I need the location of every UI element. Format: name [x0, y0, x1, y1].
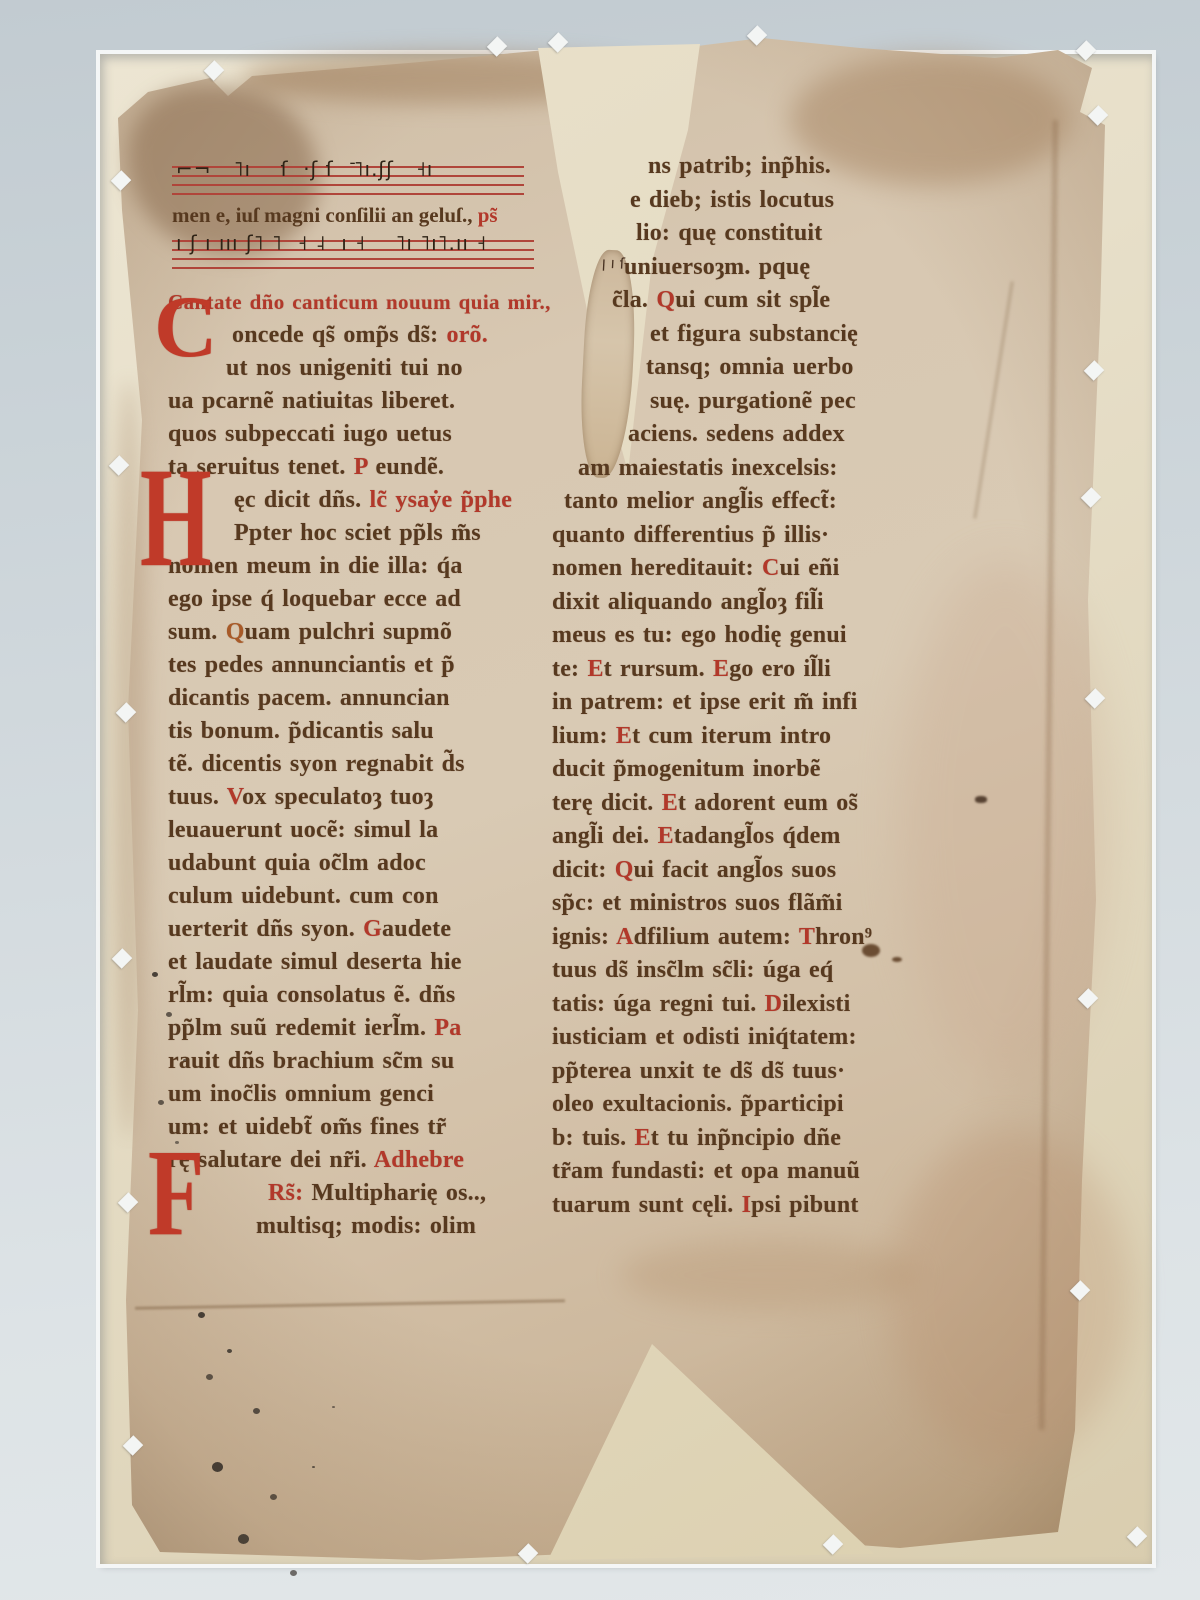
framed-manuscript-photo: ꞁ ı ſ ⌐¬ ˥ı ſ ·ʃ ſ ˥˥ı.ʃʃ ˧ı men e, iuſ …	[0, 0, 1200, 1600]
rubricated-text: E	[635, 1125, 651, 1151]
text-line: ns patrib; inp̃his.	[552, 150, 944, 184]
manuscript-text: uniuersoȝm. pquę	[624, 254, 810, 280]
text-line: ta seruitus tenet. P eundẽ.	[168, 451, 563, 484]
manuscript-text: pp̃terea unxit te ds̃ ds̃ tuus·	[552, 1058, 845, 1084]
text-line: lium: Et cum iterum intro	[552, 720, 944, 754]
manuscript-text: ox speculatoȝ tuoȝ	[242, 784, 433, 810]
text-line: Cantate dño canticum nouum quia mir.,	[168, 286, 563, 319]
text-line: sum. Quam pulchri supmõ	[168, 616, 563, 649]
manuscript-text: quanto differentius p̃ illis·	[552, 522, 829, 548]
rubricated-text: Pa	[434, 1015, 461, 1041]
manuscript-text: Q	[226, 619, 245, 645]
text-line: dicit: Qui facit angl̃os suos	[552, 854, 944, 888]
manuscript-text: in patrem: et ipse erit m̃ infi	[552, 689, 858, 715]
manuscript-text: et figura substancię	[650, 321, 858, 347]
left-text-column: Cantate dño canticum nouum quia mir.,onc…	[168, 286, 563, 1243]
manuscript-text: tatis: úga regni tui.	[552, 991, 765, 1017]
text-line: pp̃lm suũ redemit ierl̃m. Pa	[168, 1012, 563, 1045]
text-line: Rs̃: Multipharię os..,	[168, 1177, 563, 1210]
text-line: um inoc̃lis omnium genci	[168, 1078, 563, 1111]
text-line: ęc dicit dñs. lc̃ ysaẏe p̃phe	[168, 484, 563, 517]
text-line: am maiestatis inexcelsis:	[552, 452, 944, 486]
manuscript-text: psi pibunt	[751, 1192, 858, 1218]
manuscript-text: angl̃i dei.	[552, 823, 658, 849]
rubricated-text: Q	[615, 857, 634, 883]
text-line: tanto melior angl̃is effect̃:	[552, 485, 944, 519]
text-line: b: tuis. Et tu inp̃ncipio dñe	[552, 1122, 944, 1156]
text-line: rl̃m: quia consolatus ẽ. dñs	[168, 979, 563, 1012]
manuscript-text: tansq; omnia uerbo	[646, 354, 854, 380]
manuscript-text: audete	[382, 916, 451, 942]
manuscript-text: aciens. sedens addex	[628, 421, 845, 447]
rubricated-text: D	[765, 991, 783, 1017]
text-line: dixit aliquando angl̃oȝ fil̃i	[552, 586, 944, 620]
manuscript-text: ignis:	[552, 924, 616, 950]
rubricated-text: E	[658, 823, 674, 849]
manuscript-text: culum uidebunt. cum con	[168, 883, 439, 909]
manuscript-text: sp̃c: et ministros suos flãm̃i	[552, 890, 843, 916]
text-line: c̃la. Qui cum sit spl̃e	[552, 284, 944, 318]
text-line: rę salutare dei nr̃i. Adhebre	[168, 1144, 563, 1177]
text-line: tansq; omnia uerbo	[552, 351, 944, 385]
text-line: ducit p̃mogenitum inorbẽ	[552, 753, 944, 787]
text-line: in patrem: et ipse erit m̃ infi	[552, 686, 944, 720]
text-line: ut nos unigeniti tui no	[168, 352, 563, 385]
text-line: tr̃am fundasti: et opa manuũ	[552, 1155, 944, 1189]
manuscript-text: nomen meum in die illa: q́a	[168, 553, 463, 579]
rubricated-text: E	[662, 790, 678, 816]
manuscript-text: c̃la.	[612, 287, 656, 313]
manuscript-text: e dieb; istis locutus	[630, 187, 834, 213]
manuscript-text: rl̃m: quia consolatus ẽ. dñs	[168, 982, 455, 1008]
text-line: ego ipse q́ loquebar ecce ad	[168, 583, 563, 616]
manuscript-text: ilexisti	[782, 991, 850, 1017]
manuscript-text: ui cum sit spl̃e	[675, 287, 830, 313]
manuscript-text: t rursum.	[604, 656, 713, 682]
manuscript-text: iusticiam et odisti iniq́tatem:	[552, 1024, 857, 1050]
text-line: pp̃terea unxit te ds̃ ds̃ tuus·	[552, 1055, 944, 1089]
manuscript-text: lio: quę constituit	[636, 220, 822, 246]
manuscript-text: um inoc̃lis omnium genci	[168, 1081, 434, 1107]
text-line: uerterit dñs syon. Gaudete	[168, 913, 563, 946]
text-line: tuus ds̃ insc̃lm sc̃li: úga eq́	[552, 954, 944, 988]
rubricated-text: E	[713, 656, 729, 682]
manuscript-text: dfilium autem:	[634, 924, 799, 950]
text-line: Ppter hoc sciet pp̃ls m̃s	[168, 517, 563, 550]
manuscript-text: dicit:	[552, 857, 615, 883]
text-line: oleo exultacionis. p̃participi	[552, 1088, 944, 1122]
rubricated-text: lc̃ ysaẏe p̃phe	[369, 487, 512, 513]
manuscript-text: hron⁹	[815, 924, 872, 950]
text-line: udabunt quia oc̃lm adoc	[168, 847, 563, 880]
manuscript-text: suę. purgationẽ pec	[650, 388, 856, 414]
manuscript-text: ui facit angl̃os suos	[634, 857, 837, 883]
manuscript-text: oleo exultacionis. p̃participi	[552, 1091, 844, 1117]
mold-speckles	[152, 972, 158, 977]
manuscript-text: t adorent eum os̃	[678, 790, 858, 816]
manuscript-text: tr̃am fundasti: et opa manuũ	[552, 1158, 860, 1184]
manuscript-text: tẽ. dicentis syon regnabit d̃s	[168, 751, 465, 777]
manuscript-text: am maiestatis inexcelsis:	[578, 455, 838, 481]
manuscript-text: ui eñi	[780, 555, 840, 581]
text-line: rauit dñs brachium sc̃m su	[168, 1045, 563, 1078]
rubricated-text: E	[616, 723, 632, 749]
manuscript-text: tuus ds̃ insc̃lm sc̃li: úga eq́	[552, 957, 833, 983]
manuscript-text: b: tuis.	[552, 1125, 635, 1151]
manuscript-text: ut nos unigeniti tui no	[226, 355, 463, 381]
text-line: tuus. Vox speculatoȝ tuoȝ	[168, 781, 563, 814]
text-line: tatis: úga regni tui. Dilexisti	[552, 988, 944, 1022]
rubricated-text: P	[354, 454, 368, 480]
text-line: um: et uidebt̃ om̃s fines tr̃	[168, 1111, 563, 1144]
manuscript-text: um: et uidebt̃ om̃s fines tr̃	[168, 1114, 447, 1140]
manuscript-text: eundẽ.	[367, 454, 444, 480]
manuscript-text: nomen hereditauit:	[552, 555, 762, 581]
text-line: tis bonum. p̃dicantis salu	[168, 715, 563, 748]
text-line: e dieb; istis locutus	[552, 184, 944, 218]
manuscript-text: et laudate simul deserta hie	[168, 949, 462, 975]
chant-lyric: men e, iuſ magni conſilii an geluſ.,	[172, 203, 478, 227]
manuscript-text: oncede qs̃ omp̃s ds̃:	[232, 322, 447, 348]
text-line: terę dicit. Et adorent eum os̃	[552, 787, 944, 821]
manuscript-text: tuus.	[168, 784, 227, 810]
text-line: tẽ. dicentis syon regnabit d̃s	[168, 748, 563, 781]
manuscript-text: rauit dñs brachium sc̃m su	[168, 1048, 454, 1074]
text-line: dicantis pacem. annuncian	[168, 682, 563, 715]
right-text-column: ns patrib; inp̃his.e dieb; istis locutus…	[552, 150, 944, 1222]
rubricated-text: T	[799, 924, 815, 950]
text-line: angl̃i dei. Etadangl̃os q́dem	[552, 820, 944, 854]
text-line: culum uidebunt. cum con	[168, 880, 563, 913]
text-line: et figura substancię	[552, 318, 944, 352]
manuscript-text: tadangl̃os q́dem	[674, 823, 841, 849]
manuscript-text: udabunt quia oc̃lm adoc	[168, 850, 426, 876]
manuscript-text: Ppter hoc sciet pp̃ls m̃s	[234, 520, 481, 546]
manuscript-text: pp̃lm suũ redemit ierl̃m.	[168, 1015, 434, 1041]
neume-notation: ⌐¬ ˥ı ſ ·ʃ ſ ˥˥ı.ʃʃ ˧ı	[176, 157, 528, 181]
manuscript-text: tuarum sunt cęli.	[552, 1192, 742, 1218]
chant-lyric-line: men e, iuſ magni conſilii an geluſ., ps̃	[172, 203, 552, 228]
manuscript-text: ns patrib; inp̃his.	[648, 153, 831, 179]
text-line: te: Et rursum. Ego ero il̃li	[552, 653, 944, 687]
manuscript-text: t tu inp̃ncipio dñe	[651, 1125, 841, 1151]
rubricated-text: G	[363, 916, 382, 942]
manuscript-text: tanto melior angl̃is effect̃:	[564, 488, 837, 514]
illuminated-initial-C: C	[154, 288, 218, 368]
rubricated-text: orõ.	[447, 322, 488, 348]
text-line: aciens. sedens addex	[552, 418, 944, 452]
manuscript-text: meus es tu: ego hodię genui	[552, 622, 847, 648]
rubricated-text: V	[227, 784, 242, 810]
text-line: iusticiam et odisti iniq́tatem:	[552, 1021, 944, 1055]
manuscript-text: uam pulchri supmõ	[245, 619, 452, 645]
illuminated-initial-H: H	[140, 452, 212, 582]
text-line: lio: quę constituit	[552, 217, 944, 251]
mold-speckles	[198, 1312, 205, 1318]
neume-notation: ı ʃ ı ııı ʃ˥ ˥ ˧ ˨ ı ˧ ˥ı ˥ı˥.ıı ˧	[176, 231, 538, 255]
manuscript-text: t cum iterum intro	[632, 723, 831, 749]
text-line: ua pcarnẽ natiuitas liberet.	[168, 385, 563, 418]
manuscript-text: ua pcarnẽ natiuitas liberet.	[168, 388, 455, 414]
ps-abbreviation: ps̃	[478, 203, 498, 227]
rubricated-text: Cantate dño canticum nouum quia mir.,	[168, 290, 551, 314]
rubricated-text: A	[616, 924, 634, 950]
text-line: multisq; modis: olim	[168, 1210, 563, 1243]
rubricated-text: Rs̃:	[268, 1180, 311, 1206]
text-line: sp̃c: et ministros suos flãm̃i	[552, 887, 944, 921]
manuscript-text: ducit p̃mogenitum inorbẽ	[552, 756, 821, 782]
illuminated-initial-F: F	[148, 1136, 204, 1249]
manuscript-text: Multipharię os..,	[311, 1180, 486, 1206]
text-line: quanto differentius p̃ illis·	[552, 519, 944, 553]
text-line: suę. purgationẽ pec	[552, 385, 944, 419]
rubricated-text: C	[762, 555, 780, 581]
rubricated-text: I	[742, 1192, 752, 1218]
manuscript-text: go ero il̃li	[729, 656, 831, 682]
music-staff: ⌐¬ ˥ı ſ ·ʃ ſ ˥˥ı.ʃʃ ˧ı	[172, 166, 524, 196]
manuscript-text: dixit aliquando angl̃oȝ fil̃i	[552, 589, 824, 615]
manuscript-text: sum.	[168, 619, 226, 645]
text-line: nomen meum in die illa: q́a	[168, 550, 563, 583]
text-line: ignis: Adfilium autem: Thron⁹	[552, 921, 944, 955]
text-line: tes pedes annunciantis et p̃	[168, 649, 563, 682]
music-staff: ı ʃ ı ııı ʃ˥ ˥ ˧ ˨ ı ˧ ˥ı ˥ı˥.ıı ˧	[172, 240, 534, 270]
manuscript-text: dicantis pacem. annuncian	[168, 685, 450, 711]
rubricated-text: Q	[656, 287, 675, 313]
manuscript-text: te:	[552, 656, 587, 682]
manuscript-text: terę dicit.	[552, 790, 662, 816]
manuscript-text: leuauerunt uocẽ: simul la	[168, 817, 438, 843]
text-line: meus es tu: ego hodię genui	[552, 619, 944, 653]
text-line: nomen hereditauit: Cui eñi	[552, 552, 944, 586]
text-line: et laudate simul deserta hie	[168, 946, 563, 979]
manuscript-text: tis bonum. p̃dicantis salu	[168, 718, 434, 744]
manuscript-text: multisq; modis: olim	[256, 1213, 476, 1239]
manuscript-text: lium:	[552, 723, 616, 749]
text-line: oncede qs̃ omp̃s ds̃: orõ.	[168, 319, 563, 352]
text-line: quos subpeccati iugo uetus	[168, 418, 563, 451]
manuscript-text: ęc dicit dñs.	[234, 487, 369, 513]
text-line: tuarum sunt cęli. Ipsi pibunt	[552, 1189, 944, 1223]
manuscript-text: tes pedes annunciantis et p̃	[168, 652, 455, 678]
text-line: uniuersoȝm. pquę	[552, 251, 944, 285]
text-line: leuauerunt uocẽ: simul la	[168, 814, 563, 847]
rubricated-text: E	[587, 656, 603, 682]
rubricated-text: Adhebre	[374, 1147, 464, 1173]
manuscript-text: uerterit dñs syon.	[168, 916, 363, 942]
